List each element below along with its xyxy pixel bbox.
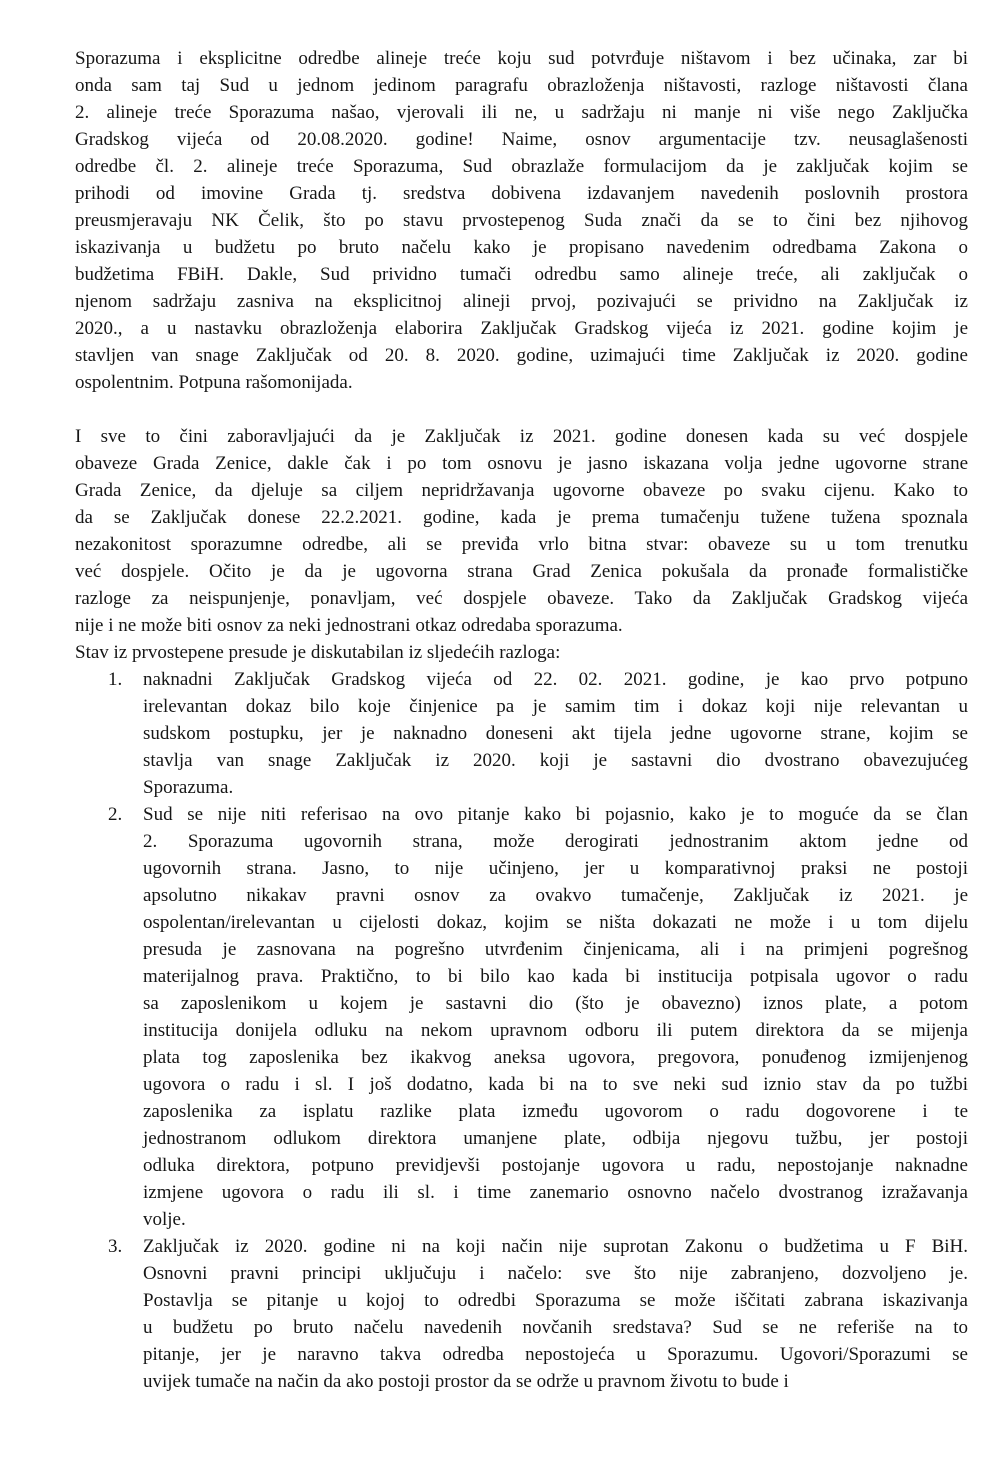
text-line: apsolutno nikakav pravni osnov za ovakvo…: [143, 882, 968, 909]
text-line: njenom sadržaju zasniva na eksplicitnoj …: [75, 288, 968, 315]
list-item: 2. Sud se nije niti referisao na ovo pit…: [75, 801, 968, 1233]
document-page: Sporazuma i eksplicitne odredbe alineje …: [0, 0, 1000, 1469]
text-line: odredbe čl. 2. alineje treće Sporazuma, …: [75, 153, 968, 180]
text-line: prihodi od imovine Grada tj. sredstva do…: [75, 180, 968, 207]
list-item-number: 1.: [75, 666, 143, 801]
list-item: 3. Zaključak iz 2020. godine ni na koji …: [75, 1233, 968, 1395]
text-line: presuda je zasnovana na pogrešno utvrđen…: [143, 936, 968, 963]
text-line: Grada Zenice, da djeluje sa ciljem nepri…: [75, 477, 968, 504]
text-line: izmjene ugovora o radu ili sl. i time za…: [143, 1179, 968, 1206]
list-item-number: 3.: [75, 1233, 143, 1395]
text-line: Postavlja se pitanje u kojoj to odredbi …: [143, 1287, 968, 1314]
text-line: ugovornih strana. Jasno, to nije učinjen…: [143, 855, 968, 882]
list-item-number: 2.: [75, 801, 143, 1233]
text-line: zaposlenika za isplatu razlike plata izm…: [143, 1098, 968, 1125]
text-line: sa zaposlenikom u kojem je sastavni dio …: [143, 990, 968, 1017]
list-item: 1. naknadni Zaključak Gradskog vijeća od…: [75, 666, 968, 801]
text-line: institucija donijela odluku na nekom upr…: [143, 1017, 968, 1044]
text-line: sudskom postupku, jer je naknadno donese…: [143, 720, 968, 747]
text-line: stavljen van snage Zaključak od 20. 8. 2…: [75, 342, 968, 369]
text-line: već dospjele. Očito je da je ugovorna st…: [75, 558, 968, 585]
text-line: onda sam taj Sud u jednom jedinom paragr…: [75, 72, 968, 99]
text-line: materijalnog prava. Praktično, to bi bil…: [143, 963, 968, 990]
text-line: volje.: [143, 1206, 968, 1233]
text-line: da se Zaključak donese 22.2.2021. godine…: [75, 504, 968, 531]
text-line: iskazivanja u budžetu po bruto načelu ka…: [75, 234, 968, 261]
text-line: obaveze Grada Zenice, dakle čak i po tom…: [75, 450, 968, 477]
text-line: uvijek tumače na način da ako postoji pr…: [143, 1368, 968, 1395]
text-line: odluka direktora, potpuno previdjevši po…: [143, 1152, 968, 1179]
text-line: 2020., a u nastavku obrazloženja elabori…: [75, 315, 968, 342]
text-line: nezakonitost sporazumne odredbe, ali se …: [75, 531, 968, 558]
text-line: Stav iz prvostepene presude je diskutabi…: [75, 639, 968, 666]
list-item-text: Sud se nije niti referisao na ovo pitanj…: [143, 801, 968, 1233]
text-line: jednostranom odlukom direktora umanjene …: [143, 1125, 968, 1152]
text-line: 2. Sporazuma ugovornih strana, može dero…: [143, 828, 968, 855]
text-line: irelevantan dokaz bilo koje činjenice pa…: [143, 693, 968, 720]
list-item-text: naknadni Zaključak Gradskog vijeća od 22…: [143, 666, 968, 801]
text-line: naknadni Zaključak Gradskog vijeća od 22…: [143, 666, 968, 693]
text-line: ospolentnim. Potpuna rašomonijada.: [75, 369, 968, 396]
numbered-list: 1. naknadni Zaključak Gradskog vijeća od…: [75, 666, 968, 1395]
text-line: nije i ne može biti osnov za neki jednos…: [75, 612, 968, 639]
paragraph: Sporazuma i eksplicitne odredbe alineje …: [75, 45, 968, 396]
text-line: razloge za neispunjenje, ponavljam, već …: [75, 585, 968, 612]
text-line: I sve to čini zaboravljajući da je Zaklj…: [75, 423, 968, 450]
text-line: ugovora o radu i sl. I još dodatno, kada…: [143, 1071, 968, 1098]
text-line: Zaključak iz 2020. godine ni na koji nač…: [143, 1233, 968, 1260]
text-line: ospolentan/irelevantan u cijelosti dokaz…: [143, 909, 968, 936]
text-line: budžetima FBiH. Dakle, Sud prividno tuma…: [75, 261, 968, 288]
text-line: u budžetu po bruto načelu navedenih novč…: [143, 1314, 968, 1341]
text-line: 2. alineje treće Sporazuma našao, vjerov…: [75, 99, 968, 126]
list-item-text: Zaključak iz 2020. godine ni na koji nač…: [143, 1233, 968, 1395]
text-line: Gradskog vijeća od 20.08.2020. godine! N…: [75, 126, 968, 153]
paragraph: Stav iz prvostepene presude je diskutabi…: [75, 639, 968, 666]
text-line: Osnovni pravni principi uključuju i nače…: [143, 1260, 968, 1287]
text-line: stavlja van snage Zaključak iz 2020. koj…: [143, 747, 968, 774]
text-line: plata tog zaposlenika bez ikakvog aneksa…: [143, 1044, 968, 1071]
text-line: Sporazuma.: [143, 774, 968, 801]
text-line: Sporazuma i eksplicitne odredbe alineje …: [75, 45, 968, 72]
text-line: preusmjeravaju NK Čelik, što po stavu pr…: [75, 207, 968, 234]
text-line: pitanje, jer je naravno takva odredba ne…: [143, 1341, 968, 1368]
paragraph: I sve to čini zaboravljajući da je Zaklj…: [75, 423, 968, 639]
text-line: Sud se nije niti referisao na ovo pitanj…: [143, 801, 968, 828]
